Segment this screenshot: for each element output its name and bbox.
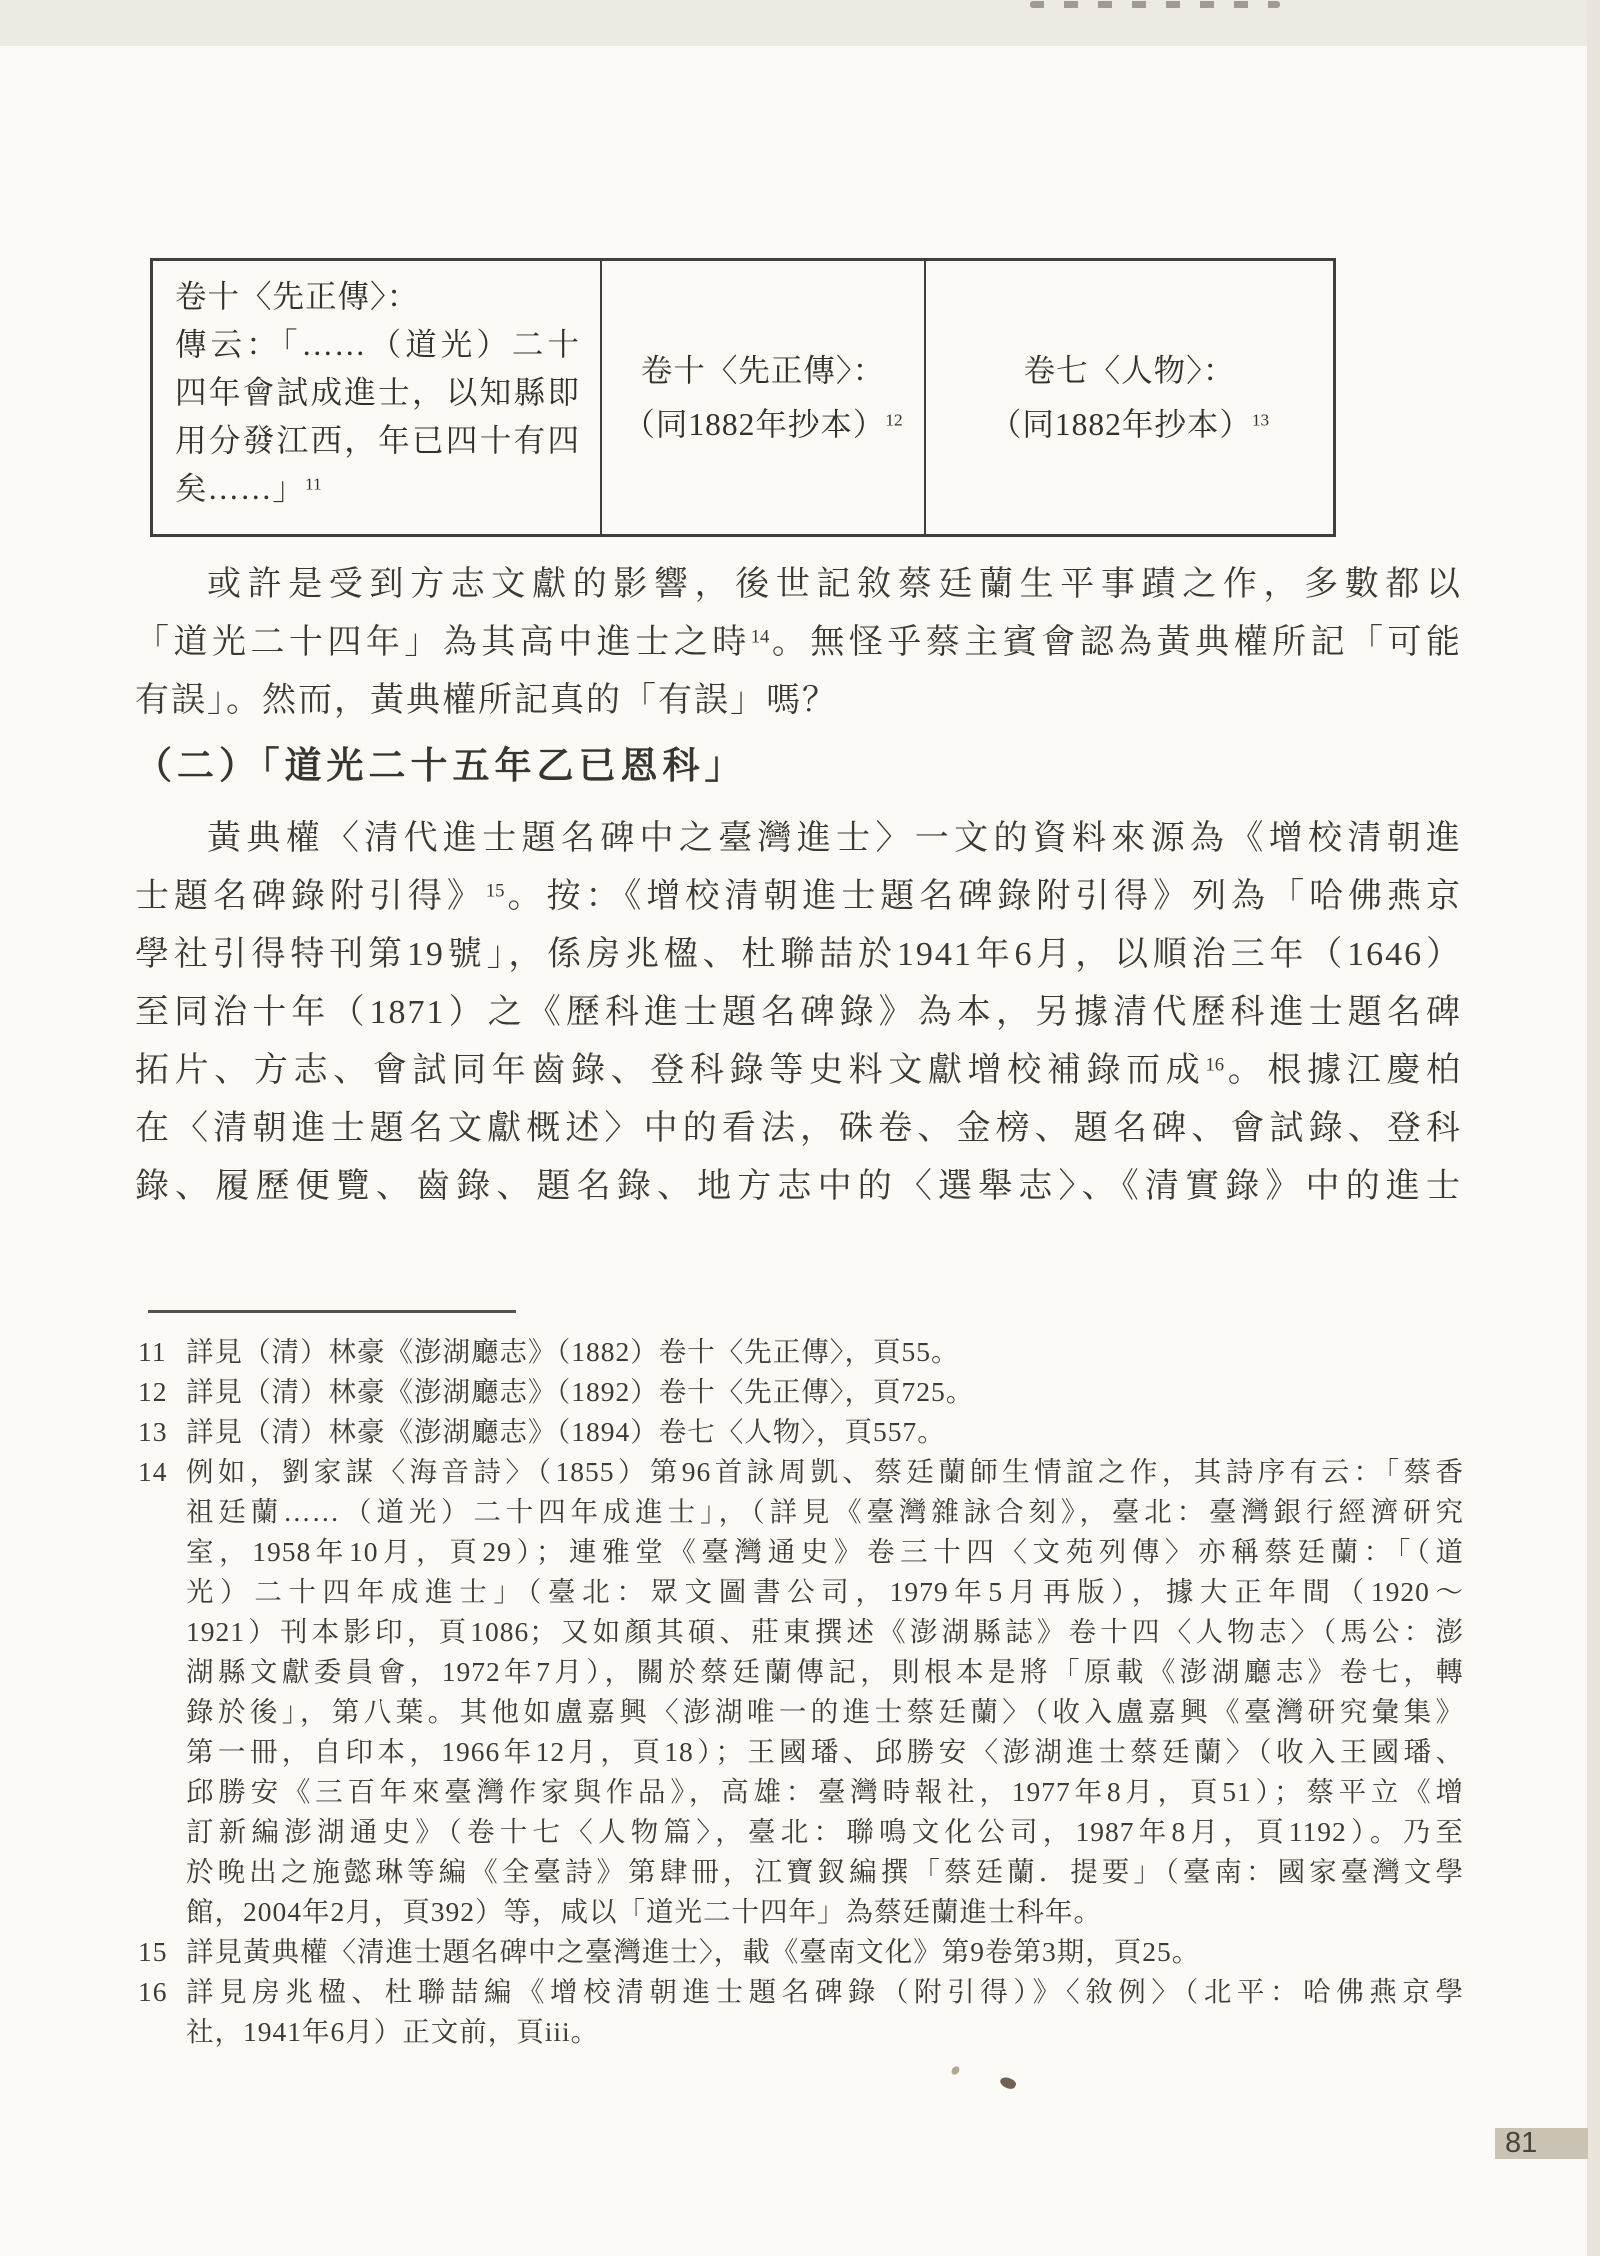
footnote-16: 16詳見房兆楹、杜聯喆編《增校清朝進士題名碑錄（附引得）》〈敘例〉（北平：哈佛燕… [138,1972,1464,2052]
text-line: 或許是受到方志文獻的影響，後世記敘蔡廷蘭生平事蹟之作，多數都以 [135,556,1462,614]
footnote-text: 例如，劉家謀〈海音詩〉（1855）第96首詠周凱、蔡廷蘭師生情誼之作，其詩序有云… [186,1452,1464,1932]
footnote-reference: 16 [1205,1055,1224,1076]
footnote-text: 詳見房兆楹、杜聯喆編《增校清朝進士題名碑錄（附引得）》〈敘例〉（北平：哈佛燕京學… [186,1972,1464,2052]
footnote-text: 詳見（清）林豪《澎湖廳志》（1894）卷七〈人物〉，頁557。 [186,1412,1464,1452]
footnote-divider [148,1310,516,1313]
text-line: 於晚出之施懿琳等編《全臺詩》第肆冊，江寶釵編撰「蔡廷蘭．提要」（臺南：國家臺灣文… [186,1852,1464,1892]
text-line: 邱勝安《三百年來臺灣作家與作品》，高雄：臺灣時報社，1977年8月，頁51）；蔡… [186,1772,1464,1812]
text-line: 有誤」。然而，黃典權所記真的「有誤」嗎？ [135,672,1462,730]
text-line: 光）二十四年成進士」（臺北：眾文圖書公司，1979年5月再版），據大正年間（19… [186,1572,1464,1612]
text-line: 詳見（清）林豪《澎湖廳志》（1882）卷十〈先正傳〉，頁55。 [186,1332,1464,1372]
footnote-text: 詳見（清）林豪《澎湖廳志》（1892）卷十〈先正傳〉，頁725。 [186,1372,1464,1412]
footnote-12: 12詳見（清）林豪《澎湖廳志》（1892）卷十〈先正傳〉，頁725。 [138,1372,1464,1412]
text-line: （同1882年抄本）13 [990,398,1269,452]
footnote-14: 14例如，劉家謀〈海音詩〉（1855）第96首詠周凱、蔡廷蘭師生情誼之作，其詩序… [138,1452,1464,1932]
footnote-reference: 11 [305,474,322,493]
table-cell-1894-edition: 卷七〈人物〉：（同1882年抄本）13 [926,261,1333,534]
scanned-document-page: 卷十〈先正傳〉：傳云：「……（道光）二十四年會試成進士，以知縣即用分發江西，年已… [0,0,1600,2256]
footnote-15: 15詳見黃典權〈清進士題名碑中之臺灣進士〉，載《臺南文化》第9卷第3期，頁25。 [138,1932,1464,1972]
footnote-reference: 12 [885,410,902,429]
scan-right-edge [1587,0,1600,2256]
text-line: 士題名碑錄附引得》15。按：《增校清朝進士題名碑錄附引得》列為「哈佛燕京 [135,868,1462,926]
scan-top-band [0,0,1600,46]
text-line: 用分發江西，年已四十有四 [175,417,580,465]
body-paragraph-1: 或許是受到方志文獻的影響，後世記敘蔡廷蘭生平事蹟之作，多數都以「道光二十四年」為… [135,556,1462,730]
text-line: 四年會試成進士，以知縣即 [175,369,580,417]
text-line: 社，1941年6月）正文前，頁iii。 [186,2012,1464,2052]
text-line: 拓片、方志、會試同年齒錄、登科錄等史料文獻增校補錄而成16。根據江慶柏 [135,1042,1462,1100]
text-line: 至同治十年（1871）之《歷科進士題名碑錄》為本，另據清代歷科進士題名碑 [135,984,1462,1042]
page-number: 81 [1495,2128,1588,2159]
page-number-badge: 81 [1495,2128,1588,2159]
text-line: 室，1958年10月，頁29）；連雅堂《臺灣通史》卷三十四〈文苑列傳〉亦稱蔡廷蘭… [186,1532,1464,1572]
text-line: 錄、履歷便覽、齒錄、題名錄、地方志中的〈選舉志〉、《清實錄》中的進士 [135,1158,1462,1216]
footnote-reference: 15 [486,881,505,902]
footnote-number: 16 [138,1972,186,2012]
footnote-text: 詳見黃典權〈清進士題名碑中之臺灣進士〉，載《臺南文化》第9卷第3期，頁25。 [186,1932,1464,1972]
table-cell-1892-edition: 卷十〈先正傳〉：（同1882年抄本）12 [602,261,926,534]
scan-smudge-mark [1030,1,1280,8]
text-line: 在〈清朝進士題名文獻概述〉中的看法，硃卷、金榜、題名碑、會試錄、登科 [135,1100,1462,1158]
body-paragraph-2: 黃典權〈清代進士題名碑中之臺灣進士〉一文的資料來源為《增校清朝進士題名碑錄附引得… [135,810,1462,1216]
table-cell-1882-edition: 卷十〈先正傳〉：傳云：「……（道光）二十四年會試成進士，以知縣即用分發江西，年已… [153,261,602,534]
text-line: 「道光二十四年」為其高中進士之時14。無怪乎蔡主賓會認為黃典權所記「可能 [135,614,1462,672]
text-line: 學社引得特刊第19號」，係房兆楹、杜聯喆於1941年6月，以順治三年（1646） [135,926,1462,984]
footnote-text: 詳見（清）林豪《澎湖廳志》（1882）卷十〈先正傳〉，頁55。 [186,1332,1464,1372]
text-line: 詳見（清）林豪《澎湖廳志》（1892）卷十〈先正傳〉，頁725。 [186,1372,1464,1412]
footnote-number: 13 [138,1412,186,1452]
footnote-number: 15 [138,1932,186,1972]
footnote-number: 14 [138,1452,186,1492]
footnotes: 11詳見（清）林豪《澎湖廳志》（1882）卷十〈先正傳〉，頁55。12詳見（清）… [138,1332,1464,2052]
text-line: 第一冊，自印本，1966年12月，頁18）；王國璠、邱勝安〈澎湖進士蔡廷蘭〉（收… [186,1732,1464,1772]
text-line: 黃典權〈清代進士題名碑中之臺灣進士〉一文的資料來源為《增校清朝進 [135,810,1462,868]
text-line: 詳見（清）林豪《澎湖廳志》（1894）卷七〈人物〉，頁557。 [186,1412,1464,1452]
text-line: 祖廷蘭……（道光）二十四年成進士」，（詳見《臺灣雜詠合刻》，臺北：臺灣銀行經濟研… [186,1492,1464,1532]
text-line: 訂新編澎湖通史》（卷十七〈人物篇〉，臺北：聯鳴文化公司，1987年8月，頁119… [186,1812,1464,1852]
text-line: 傳云：「……（道光）二十 [175,321,580,369]
text-line: 卷七〈人物〉： [1024,344,1236,398]
scan-speck [999,2075,1018,2091]
text-line: 矣……」11 [175,465,580,513]
scan-speck [950,2065,961,2076]
text-line: 1921）刊本影印，頁1086；又如顏其碩、莊東撰述《澎湖縣誌》卷十四〈人物志〉… [186,1612,1464,1652]
text-line: 詳見房兆楹、杜聯喆編《增校清朝進士題名碑錄（附引得）》〈敘例〉（北平：哈佛燕京學 [186,1972,1464,2012]
section-heading: （二）「道光二十五年乙已恩科」 [135,737,747,797]
text-line: （同1882年抄本）12 [623,398,902,452]
text-line: 館，2004年2月，頁392）等，咸以「道光二十四年」為蔡廷蘭進士科年。 [186,1892,1464,1932]
footnote-number: 12 [138,1372,186,1412]
footnote-number: 11 [138,1332,186,1372]
footnote-reference: 13 [1252,410,1269,429]
footnote-13: 13詳見（清）林豪《澎湖廳志》（1894）卷七〈人物〉，頁557。 [138,1412,1464,1452]
source-comparison-table: 卷十〈先正傳〉：傳云：「……（道光）二十四年會試成進士，以知縣即用分發江西，年已… [150,258,1336,537]
text-line: 湖縣文獻委員會，1972年7月），關於蔡廷蘭傳記，則根本是將「原載《澎湖廳志》卷… [186,1652,1464,1692]
text-line: 錄於後」，第八葉。其他如盧嘉興〈澎湖唯一的進士蔡廷蘭〉（收入盧嘉興《臺灣研究彙集… [186,1692,1464,1732]
text-line: 卷十〈先正傳〉： [641,344,885,398]
footnote-reference: 14 [751,627,770,648]
text-line: 例如，劉家謀〈海音詩〉（1855）第96首詠周凱、蔡廷蘭師生情誼之作，其詩序有云… [186,1452,1464,1492]
text-line: 詳見黃典權〈清進士題名碑中之臺灣進士〉，載《臺南文化》第9卷第3期，頁25。 [186,1932,1464,1972]
text-line: 卷十〈先正傳〉： [175,273,580,321]
footnote-11: 11詳見（清）林豪《澎湖廳志》（1882）卷十〈先正傳〉，頁55。 [138,1332,1464,1372]
